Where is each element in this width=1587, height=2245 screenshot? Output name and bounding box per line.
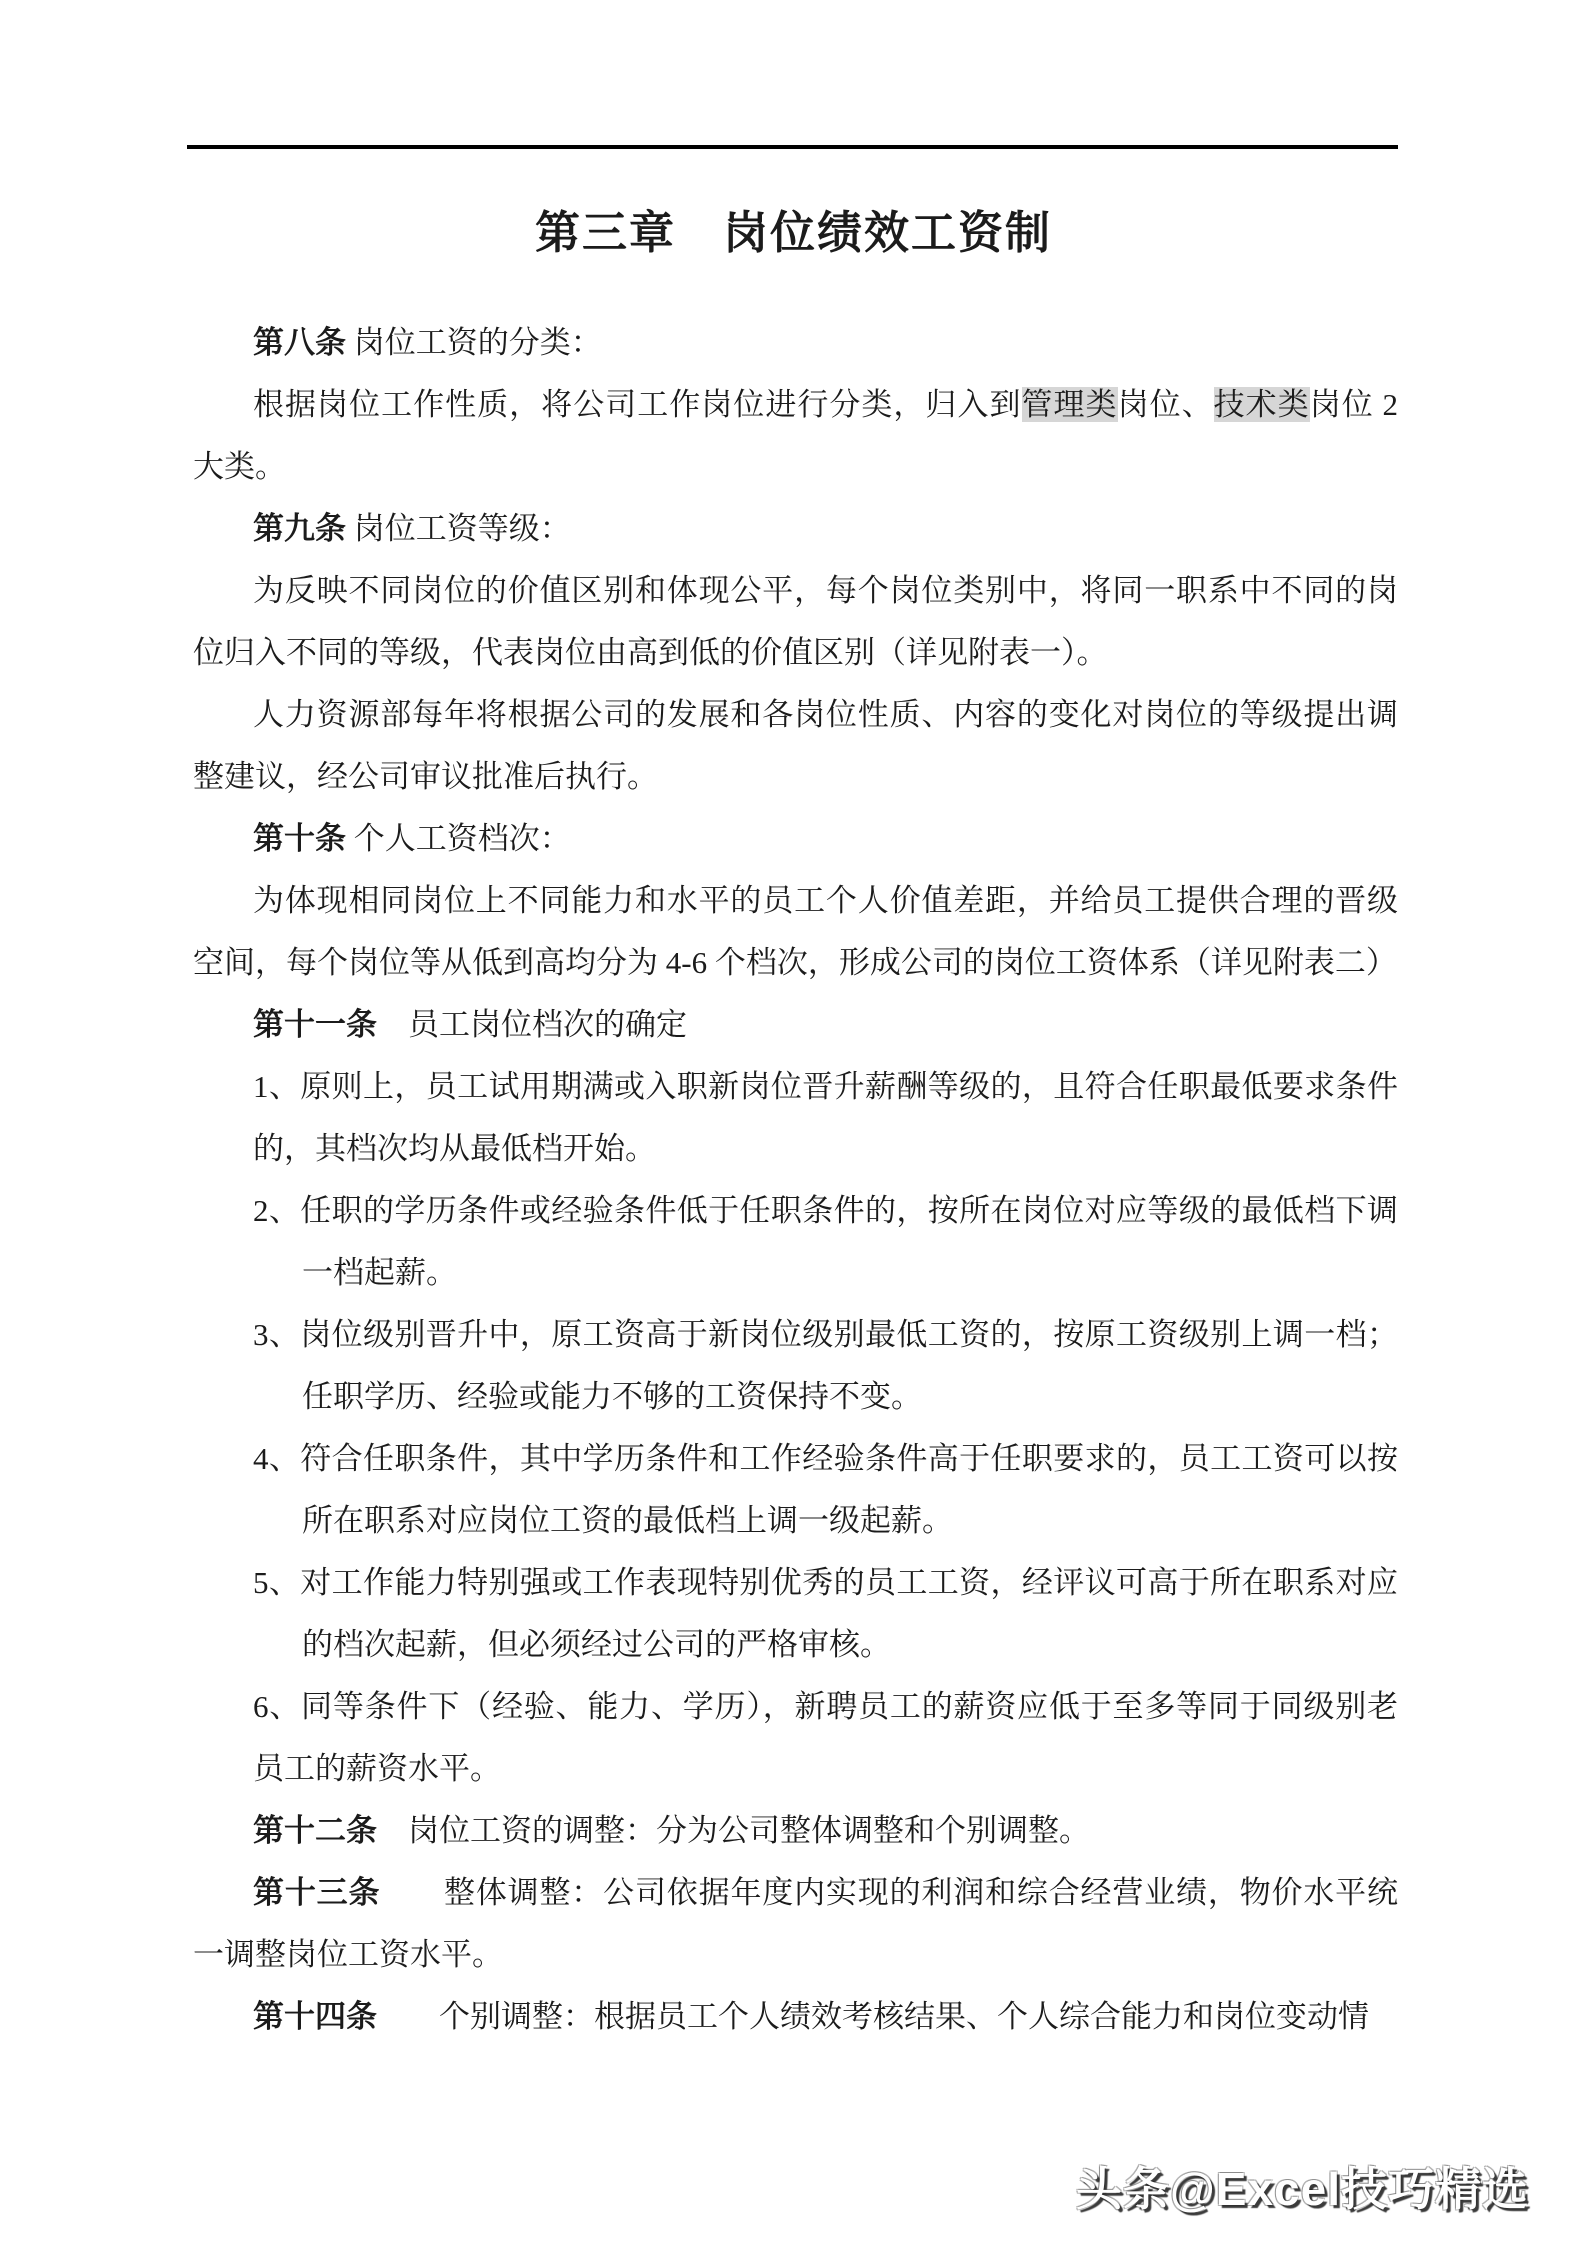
document-body: 第八条 岗位工资的分类：根据岗位工作性质，将公司工作岗位进行分类，归入到管理类岗…: [193, 312, 1398, 2048]
numbered-item: 1、原则上，员工试用期满或入职新岗位晋升薪酬等级的，且符合任职最低要求条件的，其…: [253, 1056, 1398, 1180]
article-clause: 第九条 岗位工资等级：: [193, 498, 1398, 560]
numbered-item: 4、符合任职条件，其中学历条件和工作经验条件高于任职要求的，员工工资可以按所在职…: [253, 1428, 1398, 1552]
highlighted-text: 技术类: [1214, 387, 1310, 422]
clause-label: 第十条: [253, 821, 346, 856]
body-paragraph: 根据岗位工作性质，将公司工作岗位进行分类，归入到管理类岗位、技术类岗位 2 大类…: [193, 374, 1398, 498]
clause-label: 第八条: [253, 325, 346, 360]
numbered-item: 3、岗位级别晋升中，原工资高于新岗位级别最低工资的，按原工资级别上调一档；任职学…: [253, 1304, 1398, 1428]
highlighted-text: 管理类: [1022, 387, 1118, 422]
body-paragraph: 为体现相同岗位上不同能力和水平的员工个人价值差距，并给员工提供合理的晋级空间，每…: [193, 870, 1398, 994]
header-rule: [187, 145, 1398, 149]
page-title: 第三章 岗位绩效工资制: [0, 196, 1587, 261]
article-clause: 第十二条 岗位工资的调整：分为公司整体调整和个别调整。: [193, 1800, 1398, 1862]
clause-label: 第十一条: [253, 1007, 377, 1042]
clause-label: 第十三条: [253, 1875, 380, 1910]
body-paragraph: 为反映不同岗位的价值区别和体现公平，每个岗位类别中，将同一职系中不同的岗位归入不…: [193, 560, 1398, 684]
article-clause: 第八条 岗位工资的分类：: [193, 312, 1398, 374]
article-clause: 第十一条 员工岗位档次的确定: [193, 994, 1398, 1056]
article-clause: 第十三条 整体调整：公司依据年度内实现的利润和综合经营业绩，物价水平统一调整岗位…: [193, 1862, 1398, 1986]
body-paragraph: 人力资源部每年将根据公司的发展和各岗位性质、内容的变化对岗位的等级提出调整建议，…: [193, 684, 1398, 808]
clause-label: 第九条: [253, 511, 346, 546]
numbered-item: 2、任职的学历条件或经验条件低于任职条件的，按所在岗位对应等级的最低档下调一档起…: [253, 1180, 1398, 1304]
numbered-item: 5、对工作能力特别强或工作表现特别优秀的员工工资，经评议可高于所在职系对应的档次…: [253, 1552, 1398, 1676]
document-page: 第三章 岗位绩效工资制 第八条 岗位工资的分类：根据岗位工作性质，将公司工作岗位…: [0, 0, 1587, 2245]
article-clause: 第十四条 个别调整：根据员工个人绩效考核结果、个人综合能力和岗位变动情: [193, 1986, 1398, 2048]
clause-label: 第十二条: [253, 1813, 377, 1848]
clause-label: 第十四条: [253, 1999, 377, 2034]
numbered-item: 6、同等条件下（经验、能力、学历），新聘员工的薪资应低于至多等同于同级别老员工的…: [253, 1676, 1398, 1800]
article-clause: 第十条 个人工资档次：: [193, 808, 1398, 870]
watermark: 头条@Excel技巧精选: [1076, 2153, 1529, 2219]
